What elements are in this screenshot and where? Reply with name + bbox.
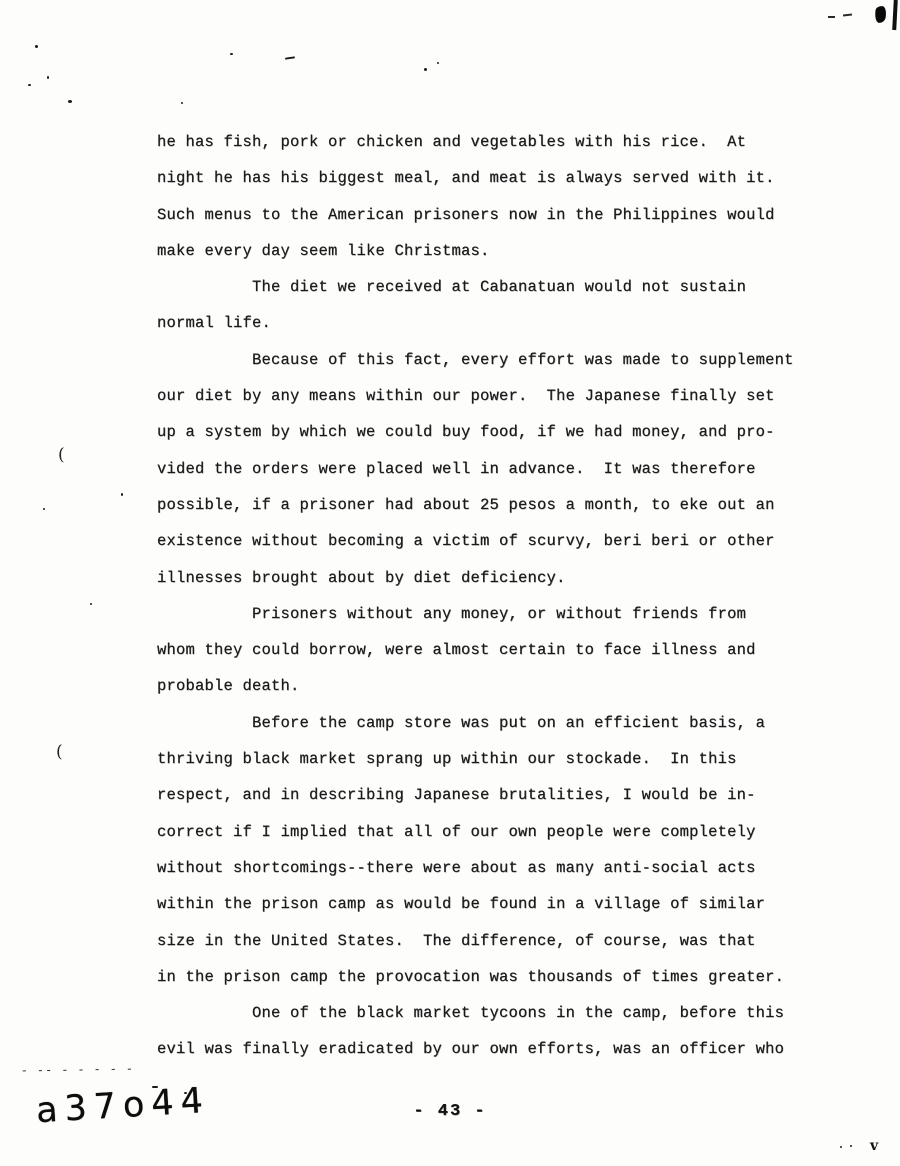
typewritten-text-block: he has fish, pork or chicken and vegetab… (157, 124, 797, 1068)
ink-smudge (828, 16, 835, 18)
scan-noise-speck (181, 102, 183, 104)
margin-pen-mark: ( (56, 742, 63, 762)
scan-noise-speck (121, 493, 123, 496)
typewritten-line: in the prison camp the provocation was t… (157, 959, 797, 995)
handwritten-archive-code: a37o44 (35, 1081, 211, 1132)
typewritten-line: Before the camp store was put on an effi… (157, 705, 797, 741)
scan-noise-speck (43, 508, 45, 510)
scan-edge-streak (892, 0, 898, 30)
typewritten-line: size in the United States. The differenc… (157, 923, 797, 959)
ink-smudge (874, 5, 887, 23)
typewritten-line: Because of this fact, every effort was m… (157, 342, 797, 378)
typewritten-line: probable death. (157, 668, 797, 704)
typewritten-line: The diet we received at Cabanatuan would… (157, 269, 797, 305)
typewritten-line: respect, and in describing Japanese brut… (157, 777, 797, 813)
scan-noise-speck (152, 1086, 158, 1088)
scan-noise-speck (184, 1092, 187, 1094)
typewritten-line: whom they could borrow, were almost cert… (157, 632, 797, 668)
typewritten-line: Such menus to the American prisoners now… (157, 197, 797, 233)
scan-noise-speck (285, 56, 295, 59)
typewritten-line: he has fish, pork or chicken and vegetab… (157, 124, 797, 160)
typewritten-line: thriving black market sprang up within o… (157, 741, 797, 777)
typewritten-line: make every day seem like Christmas. (157, 233, 797, 269)
margin-pen-mark: ( (58, 445, 65, 465)
scan-noise-speck (424, 68, 427, 71)
typewritten-line: evil was finally eradicated by our own e… (157, 1031, 797, 1067)
typewritten-line: correct if I implied that all of our own… (157, 814, 797, 850)
scan-noise-speck (35, 45, 38, 48)
corner-check-mark: v (870, 1138, 878, 1154)
scanned-document-page: he has fish, pork or chicken and vegetab… (0, 0, 900, 1166)
scan-noise-speck (437, 62, 439, 64)
typewritten-line: normal life. (157, 305, 797, 341)
typewritten-line: within the prison camp as would be found… (157, 886, 797, 922)
typewritten-line: possible, if a prisoner had about 25 pes… (157, 487, 797, 523)
pen-dash-marks: - -- - - - - - (22, 1061, 172, 1078)
typewritten-line: up a system by which we could buy food, … (157, 414, 797, 450)
scan-noise-speck (90, 603, 92, 605)
typewritten-line: existence without becoming a victim of s… (157, 523, 797, 559)
scan-noise-speck (230, 53, 233, 55)
ink-smudge (843, 14, 852, 17)
scan-noise-speck (47, 76, 49, 79)
scan-noise-speck (840, 1146, 842, 1148)
typewritten-line: without shortcomings--there were about a… (157, 850, 797, 886)
typewritten-line: One of the black market tycoons in the c… (157, 995, 797, 1031)
typewritten-line: Prisoners without any money, or without … (157, 596, 797, 632)
scan-noise-speck (28, 84, 31, 86)
scan-noise-speck (68, 100, 72, 103)
typewritten-line: our diet by any means within our power. … (157, 378, 797, 414)
typewritten-line: vided the orders were placed well in adv… (157, 451, 797, 487)
typewritten-line: illnesses brought about by diet deficien… (157, 560, 797, 596)
scan-noise-speck (850, 1145, 852, 1147)
typewritten-line: night he has his biggest meal, and meat … (157, 160, 797, 196)
